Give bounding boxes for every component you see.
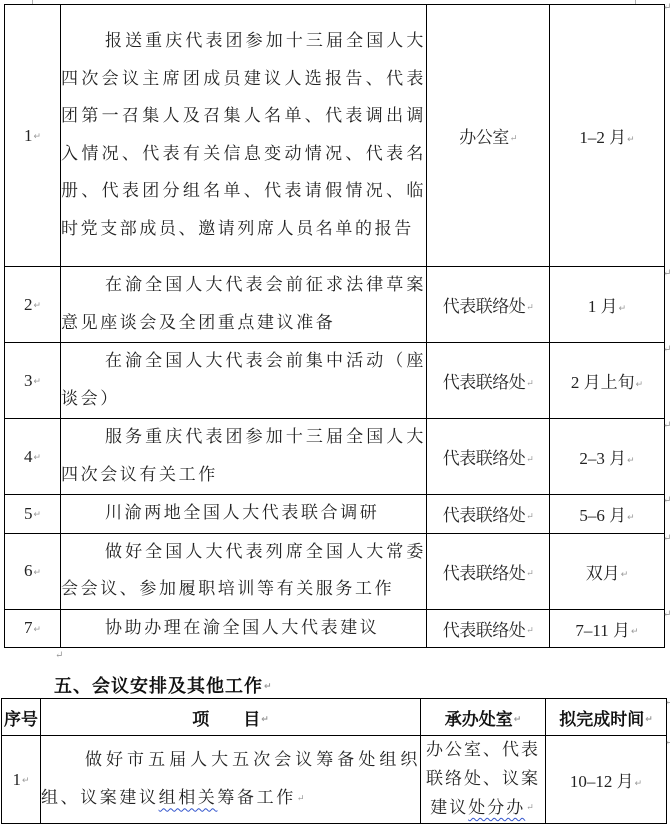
row-number: 2↵	[5, 267, 61, 343]
end-of-row-mark: ↵	[663, 268, 670, 279]
row-item: 做好全国人大代表列席全国人大常委会会议、参加履职培训等有关服务工作	[61, 533, 427, 609]
row-item: 报送重庆代表团参加十三届全国人大四次会议主席团成员建议人选报告、代表团第一召集人…	[61, 5, 427, 267]
table-row: 6↵ 做好全国人大代表列席全国人大常委会会议、参加履职培训等有关服务工作 代表联…	[5, 533, 665, 609]
row-deadline: 2–3 月↵	[550, 419, 665, 495]
empty-paragraph-mark: ↵	[55, 650, 63, 661]
row-number: 1↵	[5, 5, 61, 267]
row-item: 川渝两地全国人大代表联合调研	[61, 495, 427, 534]
table-row: 2↵ 在渝全国人大代表会前征求法律草案意见座谈会及全团重点建议准备 代表联络处↵…	[5, 267, 665, 343]
row-department: 代表联络处↵	[427, 533, 550, 609]
row-department: 办公室、代表联络处、议案建议处分办↵	[421, 736, 546, 824]
section-title: 五、会议安排及其他工作↵	[54, 672, 273, 698]
row-item: 协助办理在渝全国人大代表建议	[61, 609, 427, 648]
end-of-row-mark: ↵	[663, 420, 670, 431]
end-of-row-mark: ↵	[665, 737, 670, 748]
row-department: 办公室↵	[427, 5, 550, 267]
row-department: 代表联络处↵	[427, 609, 550, 648]
header-item: 项 目↵	[41, 699, 421, 736]
row-department: 代表联络处↵	[427, 343, 550, 419]
end-of-row-mark: ↵	[663, 2, 670, 13]
row-deadline: 1 月↵	[550, 267, 665, 343]
row-department: 代表联络处↵	[427, 267, 550, 343]
table-row: 1↵ 报送重庆代表团参加十三届全国人大四次会议主席团成员建议人选报告、代表团第一…	[5, 5, 665, 267]
end-of-row-mark: ↵	[663, 344, 670, 355]
table-row: 7↵ 协助办理在渝全国人大代表建议 代表联络处↵ 7–11 月↵	[5, 609, 665, 648]
table-row: 5↵ 川渝两地全国人大代表联合调研 代表联络处↵ 5–6 月↵	[5, 495, 665, 534]
end-of-row-mark: ↵	[663, 495, 670, 506]
row-deadline: 2 月上旬↵	[550, 343, 665, 419]
end-of-row-mark: ↵	[665, 697, 670, 708]
spellcheck-underline[interactable]: 处分办	[468, 798, 525, 818]
end-of-row-mark: ↵	[663, 609, 670, 620]
row-deadline: 7–11 月↵	[550, 609, 665, 648]
row-deadline: 5–6 月↵	[550, 495, 665, 534]
work-plan-table: 1↵ 报送重庆代表团参加十三届全国人大四次会议主席团成员建议人选报告、代表团第一…	[4, 4, 665, 648]
row-department: 代表联络处↵	[427, 495, 550, 534]
row-number: 6↵	[5, 533, 61, 609]
row-item: 服务重庆代表团参加十三届全国人大四次会议有关工作	[61, 419, 427, 495]
end-of-row-mark: ↵	[663, 533, 670, 544]
row-number: 3↵	[5, 343, 61, 419]
table-row: 1↵ 做好市五届人大五次会议筹备处组织组、议案建议组相关筹备工作↵ 办公室、代表…	[2, 736, 667, 824]
row-deadline: 1–2 月↵	[550, 5, 665, 267]
table-row: 3↵ 在渝全国人大代表会前集中活动（座谈会） 代表联络处↵ 2 月上旬↵	[5, 343, 665, 419]
header-deadline: 拟完成时间↵	[546, 699, 667, 736]
table-row: 4↵ 服务重庆代表团参加十三届全国人大四次会议有关工作 代表联络处↵ 2–3 月…	[5, 419, 665, 495]
row-deadline: 双月↵	[550, 533, 665, 609]
header-department: 承办处室↵	[421, 699, 546, 736]
row-item: 做好市五届人大五次会议筹备处组织组、议案建议组相关筹备工作↵	[41, 736, 421, 824]
row-department: 代表联络处↵	[427, 419, 550, 495]
row-number: 7↵	[5, 609, 61, 648]
meeting-arrangement-table: 序号 项 目↵ 承办处室↵ 拟完成时间↵ 1↵ 做好市五届人大五次会议筹备处组织…	[1, 698, 667, 824]
row-item: 在渝全国人大代表会前征求法律草案意见座谈会及全团重点建议准备	[61, 267, 427, 343]
row-number: 5↵	[5, 495, 61, 534]
row-item: 在渝全国人大代表会前集中活动（座谈会）	[61, 343, 427, 419]
row-deadline: 10–12 月↵	[546, 736, 667, 824]
row-number: 1↵	[2, 736, 41, 824]
header-number: 序号	[2, 699, 41, 736]
table-header-row: 序号 项 目↵ 承办处室↵ 拟完成时间↵	[2, 699, 667, 736]
row-number: 4↵	[5, 419, 61, 495]
spellcheck-underline[interactable]: 组相关	[159, 788, 218, 808]
